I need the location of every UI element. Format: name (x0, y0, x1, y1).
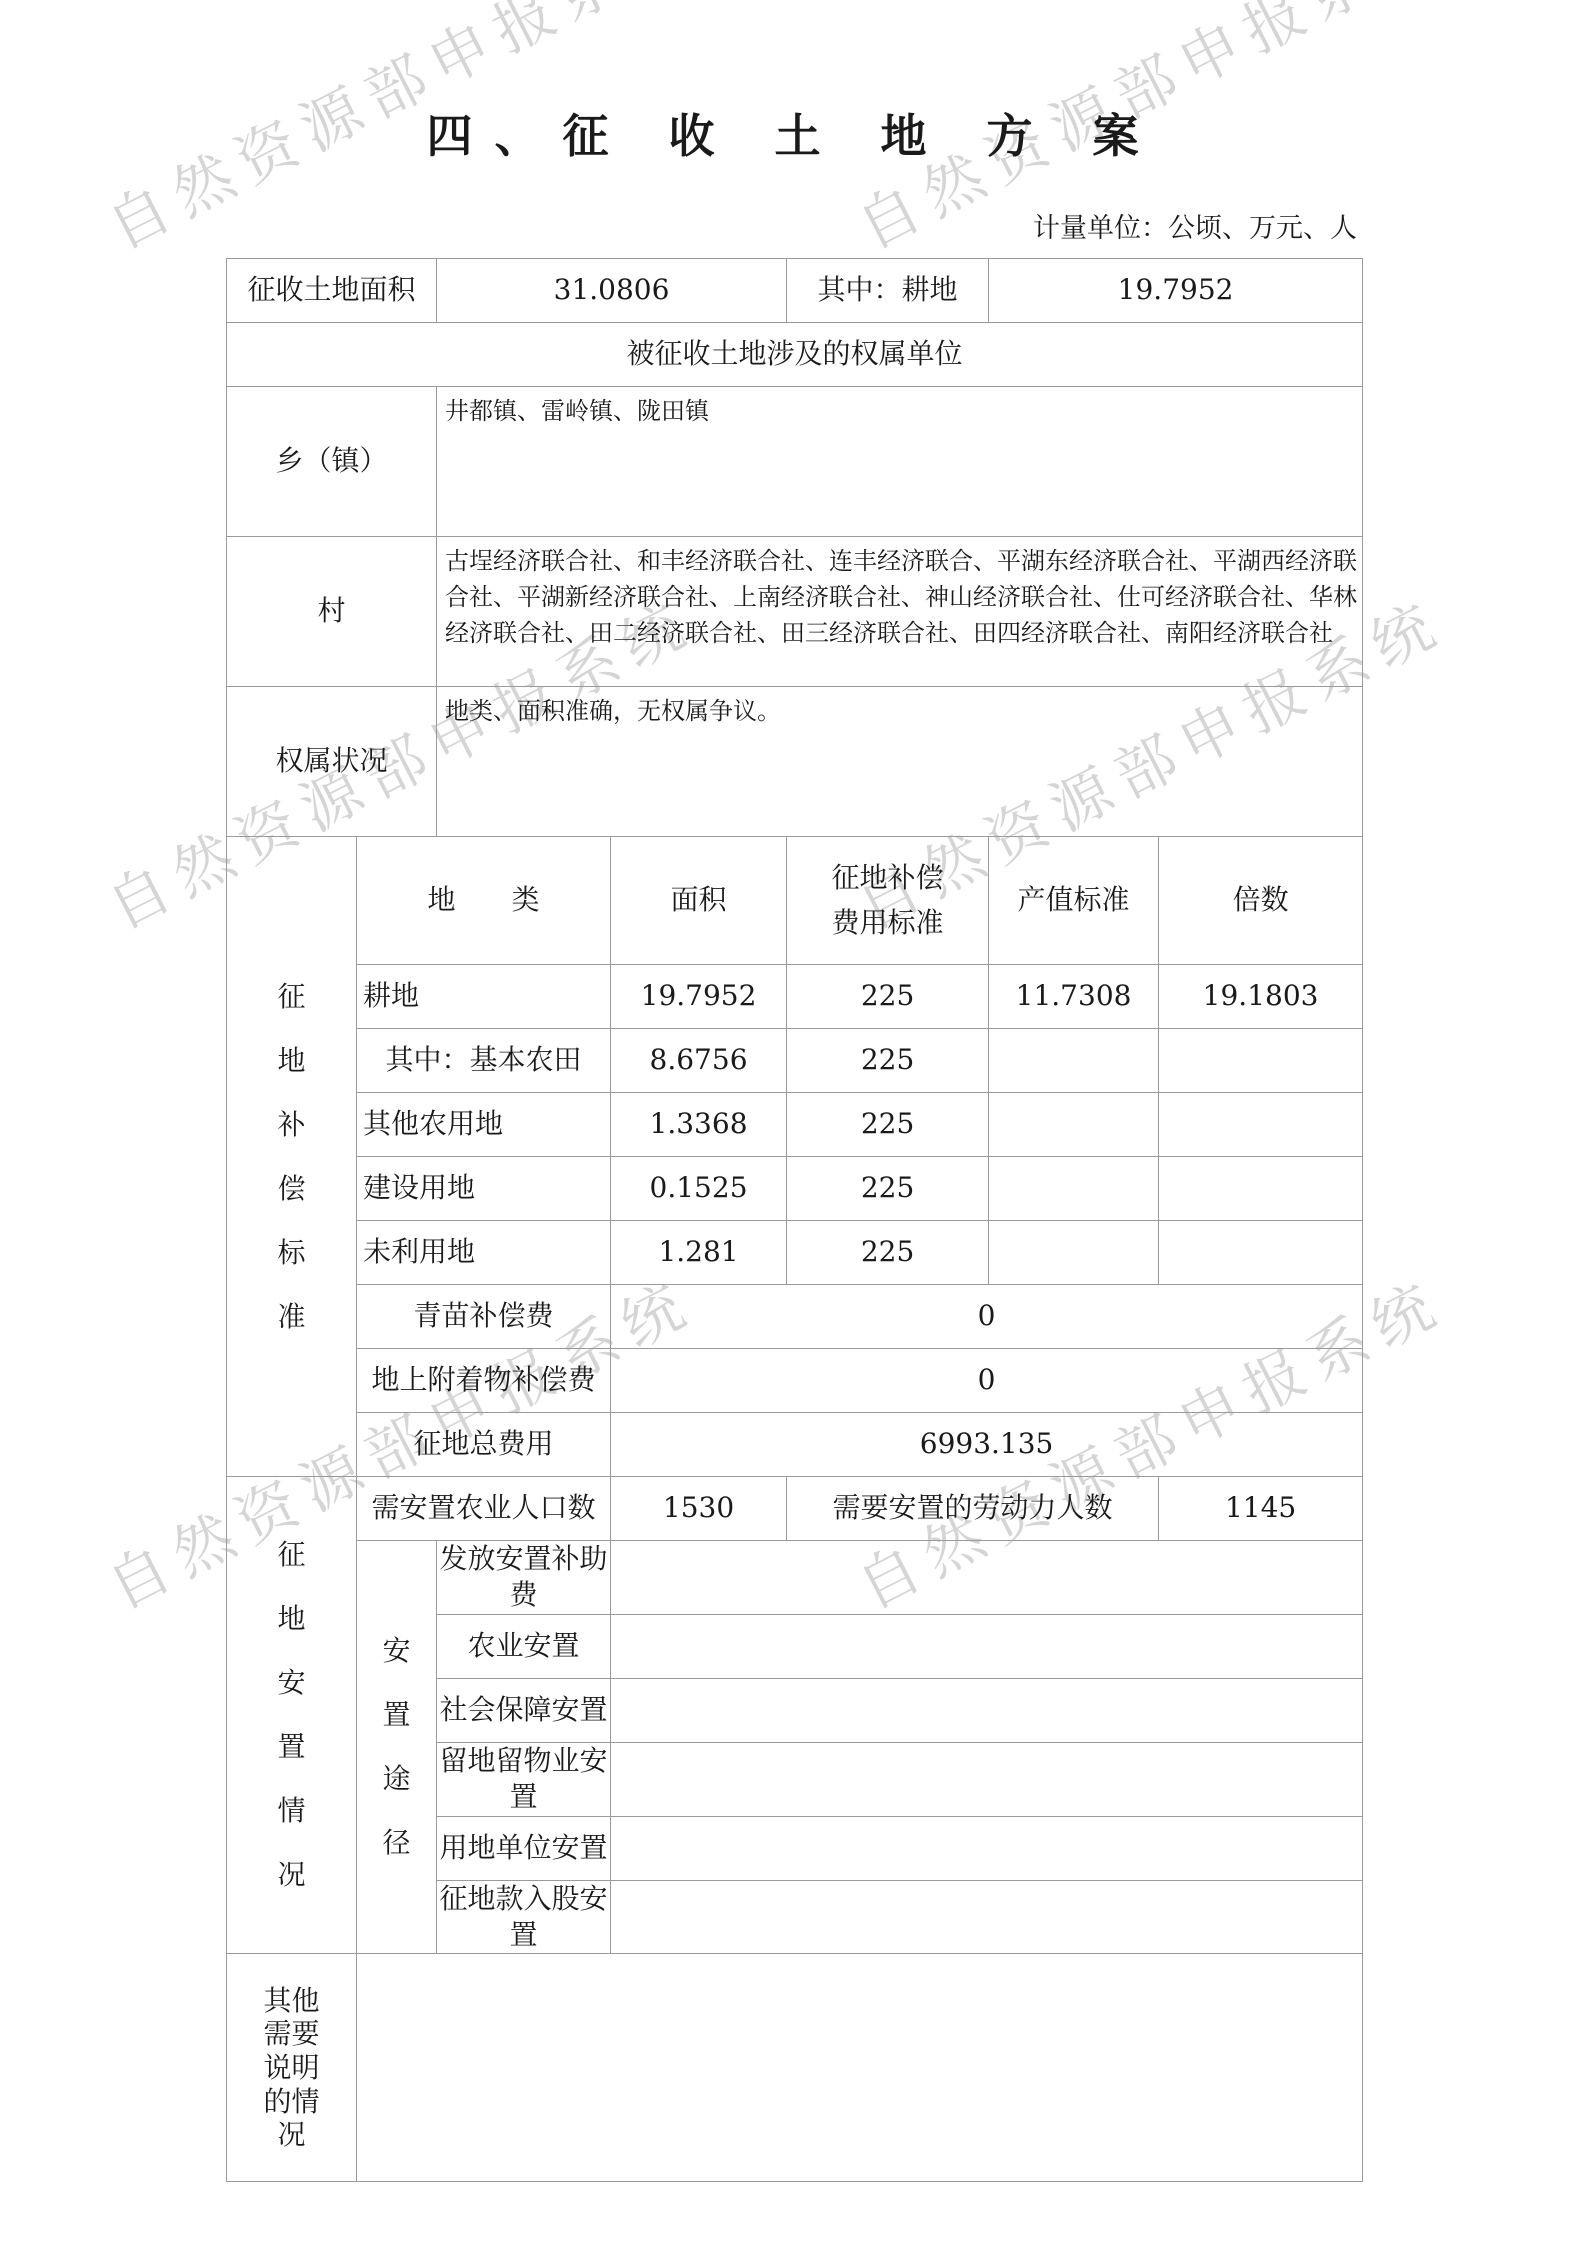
young-crops-label: 青苗补偿费 (357, 1285, 611, 1349)
row-multiple (1159, 1029, 1363, 1093)
table-row: 建设用地 0.1525 225 (227, 1157, 1363, 1221)
unit-label: 计量单位：公顷、万元、人 (1033, 206, 1357, 245)
way-value (611, 1742, 1363, 1816)
header-standard: 征地补偿费用标准 (787, 837, 989, 965)
row-output-value (989, 1157, 1159, 1221)
cultivated-value: 19.7952 (989, 259, 1363, 323)
table-row: 其中：基本农田 8.6756 225 (227, 1029, 1363, 1093)
row-area: 0.1525 (611, 1157, 787, 1221)
compensation-section-label: 征地补偿标准 (227, 837, 357, 1477)
resettlement-section-label: 征地安置情况 (227, 1477, 357, 1954)
table-row: 未利用地 1.281 225 (227, 1221, 1363, 1285)
header-output-value: 产值标准 (989, 837, 1159, 965)
total-cost-value: 6993.135 (611, 1413, 1363, 1477)
header-area: 面积 (611, 837, 787, 965)
row-land-type: 未利用地 (357, 1221, 611, 1285)
resettlement-way-row: 安置途径 发放安置补助费 (227, 1541, 1363, 1615)
labor-label: 需要安置的劳动力人数 (787, 1477, 1159, 1541)
cultivated-label: 其中：耕地 (787, 259, 989, 323)
young-crops-value: 0 (611, 1285, 1363, 1349)
row-standard: 225 (787, 1093, 989, 1157)
row-land-type: 其他农用地 (357, 1093, 611, 1157)
row-area: 1.3368 (611, 1093, 787, 1157)
row-land-type: 其中：基本农田 (357, 1029, 611, 1093)
row-standard: 225 (787, 1157, 989, 1221)
farm-pop-label: 需安置农业人口数 (357, 1477, 611, 1541)
row-area: 8.6756 (611, 1029, 787, 1093)
row-multiple (1159, 1157, 1363, 1221)
village-value: 古埕经济联合社、和丰经济联合社、连丰经济联合、平湖东经济联合社、平湖西经济联合社… (437, 537, 1363, 687)
farm-pop-value: 1530 (611, 1477, 787, 1541)
row-standard: 225 (787, 1029, 989, 1093)
township-label: 乡（镇） (227, 387, 437, 537)
row-output-value (989, 1093, 1159, 1157)
header-land-type: 地 类 (357, 837, 611, 965)
way-value (611, 1678, 1363, 1742)
row-multiple (1159, 1093, 1363, 1157)
way-label: 社会保障安置 (437, 1678, 611, 1742)
way-label: 用地单位安置 (437, 1816, 611, 1880)
row-standard: 225 (787, 965, 989, 1029)
way-value (611, 1541, 1363, 1615)
ownership-status-value: 地类、面积准确，无权属争议。 (437, 687, 1363, 837)
row-output-value (989, 1221, 1159, 1285)
other-notes-label: 其他需要说明的情况 (227, 1954, 357, 2182)
ownership-status-label: 权属状况 (227, 687, 437, 837)
summary-row: 征收土地面积 31.0806 其中：耕地 19.7952 (227, 259, 1363, 323)
land-acquisition-table: 征收土地面积 31.0806 其中：耕地 19.7952 被征收土地涉及的权属单… (226, 258, 1363, 2182)
total-area-value: 31.0806 (437, 259, 787, 323)
resettlement-ways-label: 安置途径 (357, 1541, 437, 1954)
total-area-label: 征收土地面积 (227, 259, 437, 323)
row-standard: 225 (787, 1221, 989, 1285)
table-row: 其他农用地 1.3368 225 (227, 1093, 1363, 1157)
row-land-type: 耕地 (357, 965, 611, 1029)
other-notes-value (357, 1954, 1363, 2182)
way-value (611, 1614, 1363, 1678)
township-value: 井都镇、雷岭镇、陇田镇 (437, 387, 1363, 537)
row-area: 1.281 (611, 1221, 787, 1285)
way-label: 农业安置 (437, 1614, 611, 1678)
row-output-value (989, 1029, 1159, 1093)
attachments-label: 地上附着物补偿费 (357, 1349, 611, 1413)
labor-value: 1145 (1159, 1477, 1363, 1541)
village-label: 村 (227, 537, 437, 687)
row-output-value: 11.7308 (989, 965, 1159, 1029)
way-label: 发放安置补助费 (437, 1541, 611, 1615)
page-title: 四、征 收 土 地 方 案 (0, 100, 1587, 166)
row-land-type: 建设用地 (357, 1157, 611, 1221)
row-multiple (1159, 1221, 1363, 1285)
row-area: 19.7952 (611, 965, 787, 1029)
total-cost-label: 征地总费用 (357, 1413, 611, 1477)
way-value (611, 1816, 1363, 1880)
table-row: 耕地 19.7952 225 11.7308 19.1803 (227, 965, 1363, 1029)
way-label: 征地款入股安置 (437, 1880, 611, 1954)
attachments-value: 0 (611, 1349, 1363, 1413)
ownership-section-title: 被征收土地涉及的权属单位 (227, 323, 1363, 387)
row-multiple: 19.1803 (1159, 965, 1363, 1029)
header-multiple: 倍数 (1159, 837, 1363, 965)
way-label: 留地留物业安置 (437, 1742, 611, 1816)
way-value (611, 1880, 1363, 1954)
